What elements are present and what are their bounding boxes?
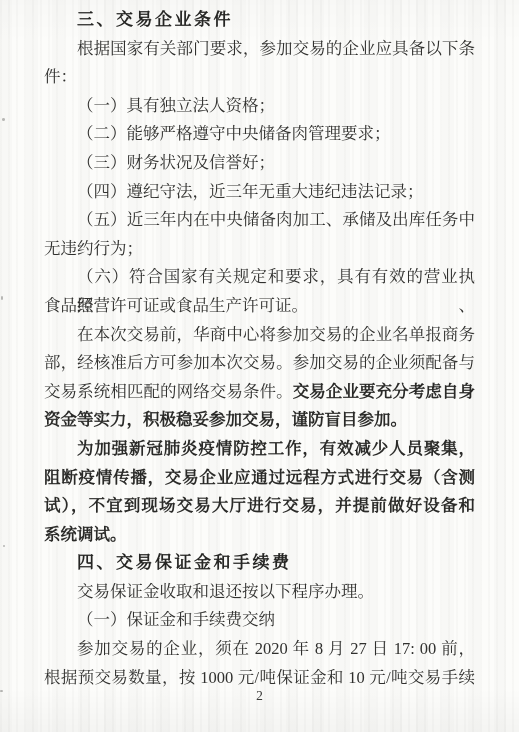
text-run: 系统调试。: [44, 525, 127, 544]
text-run: （一）具有独立法人资格；: [77, 96, 275, 115]
text-line: 交易系统相匹配的网络交易条件。交易企业要充分考虑自身: [44, 378, 475, 407]
text-run: 部，经核准后方可参加本次交易。参加交易的企业须配备与: [44, 353, 475, 372]
document-page: 三、交易企业条件根据国家有关部门要求，参加交易的企业应具备以下条件：（一）具有独…: [0, 0, 519, 732]
text-line: 试），不宜到现场交易大厅进行交易，并提前做好设备和: [44, 492, 475, 521]
scan-speck: [1, 296, 3, 300]
text-run: （五）近三年内在中央储备肉加工、承储及出库任务中: [77, 210, 475, 229]
document-text-area: 三、交易企业条件根据国家有关部门要求，参加交易的企业应具备以下条件：（一）具有独…: [44, 6, 475, 692]
text-run: 在本次交易前，华商中心将参加交易的企业名单报商务: [77, 325, 475, 344]
text-line: 参加交易的企业，须在 2020 年 8 月 27 日 17: 00 前，: [44, 635, 475, 664]
text-run: 无违约行为；: [44, 239, 143, 258]
text-line: （三）财务状况及信誉好；: [44, 149, 475, 178]
text-run: （三）财务状况及信誉好；: [77, 153, 275, 172]
text-run: （二）能够严格遵守中央储备肉管理要求；: [77, 124, 391, 143]
text-run: 食品经营许可证或食品生产许可证。: [44, 296, 308, 315]
text-line: 部，经核准后方可参加本次交易。参加交易的企业须配备与: [44, 349, 475, 378]
text-line: 阻断疫情传播，交易企业应通过远程方式进行交易（含测: [44, 464, 475, 493]
text-line: （一）具有独立法人资格；: [44, 92, 475, 121]
text-line: （四）遵纪守法，近三年无重大违纪违法记录；: [44, 178, 475, 207]
text-line: （二）能够严格遵守中央储备肉管理要求；: [44, 120, 475, 149]
text-line: 系统调试。: [44, 521, 475, 550]
scan-speck: [3, 545, 5, 547]
section-heading: 四、交易保证金和手续费: [44, 549, 475, 578]
text-line: 交易保证金收取和退还按以下程序办理。: [44, 578, 475, 607]
text-run: 交易系统相匹配的网络交易条件。: [44, 382, 293, 401]
text-run: 件：: [44, 67, 77, 86]
scan-speck: [2, 118, 5, 121]
text-run: （四）遵纪守法，近三年无重大违纪违法记录；: [77, 182, 424, 201]
text-run: 交易企业要充分考虑自身: [293, 382, 475, 401]
text-run: 交易保证金收取和退还按以下程序办理。: [77, 582, 374, 601]
text-line: （六）符合国家有关规定和要求，具有有效的营业执照、: [44, 263, 475, 292]
text-run: 参加交易的企业，须在 2020 年 8 月 27 日 17: 00 前，: [77, 639, 475, 658]
text-run: 三、交易企业条件: [77, 10, 233, 29]
text-run: 根据国家有关部门要求，参加交易的企业应具备以下条: [77, 39, 475, 58]
section-heading: 三、交易企业条件: [44, 6, 475, 35]
text-line: 在本次交易前，华商中心将参加交易的企业名单报商务: [44, 321, 475, 350]
text-line: 为加强新冠肺炎疫情防控工作，有效减少人员聚集，: [44, 435, 475, 464]
text-line: 资金等实力，积极稳妥参加交易，谨防盲目参加。: [44, 406, 475, 435]
text-run: 阻断疫情传播，交易企业应通过远程方式进行交易（含测: [44, 468, 475, 487]
text-run: 为加强新冠肺炎疫情防控工作，有效减少人员聚集，: [77, 439, 475, 458]
text-run: 根据预交易数量，按 1000 元/吨保证金和 10 元/吨交易手续: [44, 668, 475, 687]
text-line: （一）保证金和手续费交纳: [44, 606, 475, 635]
text-line: 根据国家有关部门要求，参加交易的企业应具备以下条: [44, 35, 475, 64]
text-run: 试），不宜到现场交易大厅进行交易，并提前做好设备和: [44, 496, 475, 515]
text-line: 无违约行为；: [44, 235, 475, 264]
text-line: （五）近三年内在中央储备肉加工、承储及出库任务中: [44, 206, 475, 235]
page-number: 2: [0, 688, 519, 704]
text-run: 资金等实力，积极稳妥参加交易，谨防盲目参加。: [44, 410, 407, 429]
text-line: 件：: [44, 63, 475, 92]
text-run: 四、交易保证金和手续费: [77, 553, 292, 572]
text-run: （一）保证金和手续费交纳: [77, 610, 275, 629]
